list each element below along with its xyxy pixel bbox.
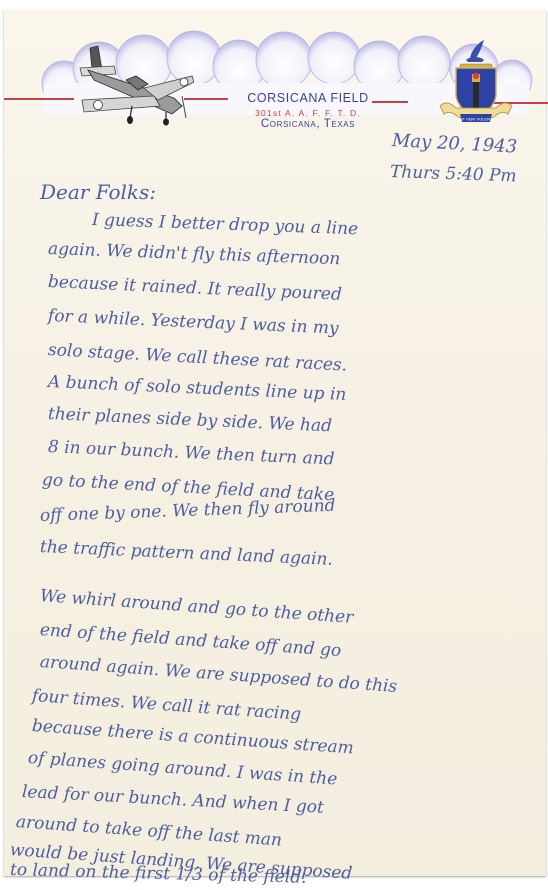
letter-line: off one by one. We then fly around bbox=[40, 496, 336, 526]
letter-line: A bunch of solo students line up in bbox=[48, 372, 347, 405]
letter-time: Thurs 5:40 Pm bbox=[390, 162, 517, 186]
field-name: CORSICANA FIELD bbox=[240, 91, 376, 105]
field-unit: 301st A. A. F. F. T. D. bbox=[240, 108, 376, 118]
letterhead-rule bbox=[372, 101, 408, 103]
letter-line: solo stage. We call these rat races. bbox=[47, 340, 347, 376]
letter-line: because it rained. It really poured bbox=[48, 272, 343, 305]
field-city: Corsicana, Texas bbox=[240, 118, 376, 130]
letter-line: 8 in our bunch. We then turn and bbox=[48, 437, 335, 469]
letterhead-rule bbox=[4, 98, 74, 100]
letter-line: I guess I better drop you a line bbox=[92, 210, 359, 239]
letter-page: CORSICANA FIELD 301st A. A. F. F. T. D. … bbox=[4, 10, 546, 876]
crest-emblem-icon: UT VERI VOLENT bbox=[432, 40, 522, 130]
letter-line: of planes going around. I was in the bbox=[27, 748, 338, 790]
airplane-icon bbox=[74, 40, 194, 126]
salutation: Dear Folks: bbox=[40, 180, 156, 204]
letter-line: the traffic pattern and land again. bbox=[40, 537, 334, 570]
letterhead: CORSICANA FIELD 301st A. A. F. F. T. D. … bbox=[4, 10, 546, 150]
emblem-motto: UT VERI VOLENT bbox=[460, 117, 493, 122]
letter-line: for a while. Yesterday I was in my bbox=[48, 306, 339, 339]
letter-line: again. We didn't fly this afternoon bbox=[48, 239, 341, 269]
letter-line: their planes side by side. We had bbox=[48, 404, 333, 436]
letter-line: lead for our bunch. And when I got bbox=[21, 782, 324, 818]
